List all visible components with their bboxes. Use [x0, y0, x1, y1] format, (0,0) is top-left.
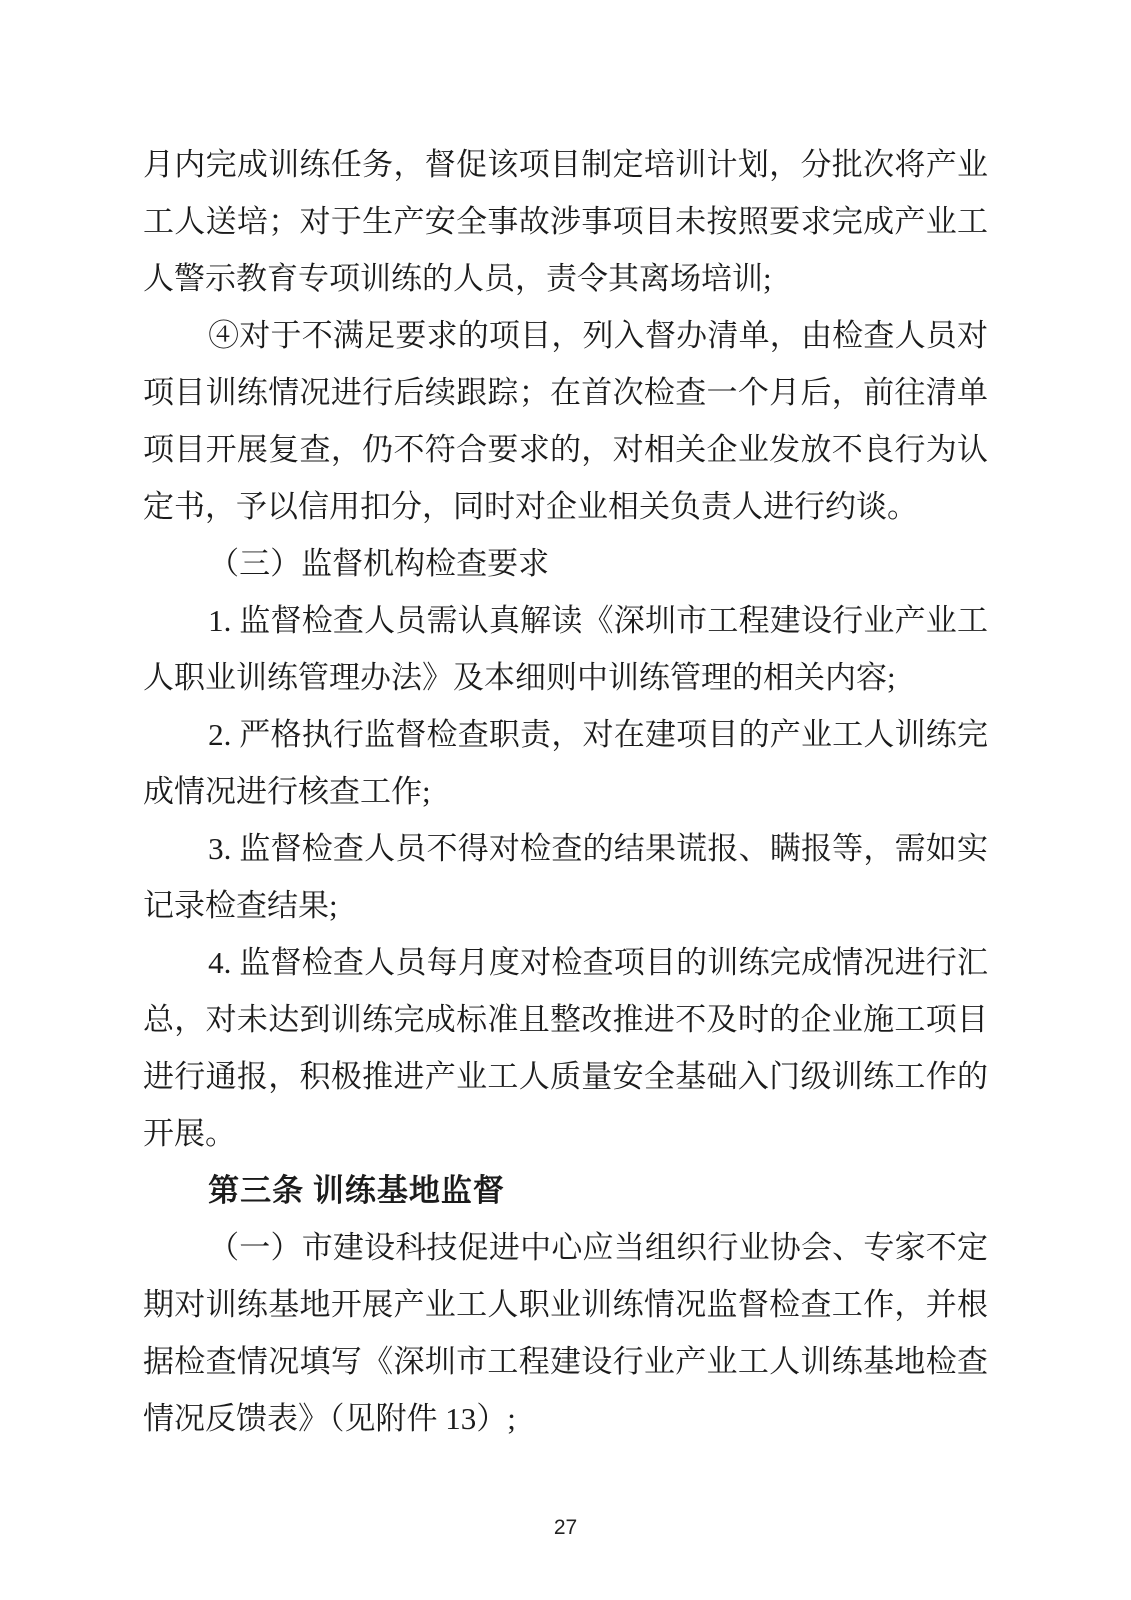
text-line: 据检查情况填写《深圳市工程建设行业产业工人训练基地检查 — [143, 1333, 988, 1390]
text-line: 工人送培；对于生产安全事故涉事项目未按照要求完成产业工 — [143, 193, 988, 250]
text-line: ④对于不满足要求的项目，列入督办清单，由检查人员对 — [143, 307, 988, 364]
text-line: 2. 严格执行监督检查职责，对在建项目的产业工人训练完 — [143, 706, 988, 763]
text-line: 1. 监督检查人员需认真解读《深圳市工程建设行业产业工 — [143, 592, 988, 649]
text-line: 项目开展复查，仍不符合要求的，对相关企业发放不良行为认 — [143, 421, 988, 478]
text-line: 记录检查结果; — [143, 877, 988, 934]
section-heading: 第三条 训练基地监督 — [143, 1162, 988, 1219]
page-number: 27 — [0, 1516, 1131, 1540]
text-line: 成情况进行核查工作; — [143, 763, 988, 820]
text-line: 4. 监督检查人员每月度对检查项目的训练完成情况进行汇 — [143, 934, 988, 991]
text-line: 人警示教育专项训练的人员，责令其离场培训; — [143, 250, 988, 307]
text-line: （一）市建设科技促进中心应当组织行业协会、专家不定 — [143, 1219, 988, 1276]
text-line: 期对训练基地开展产业工人职业训练情况监督检查工作，并根 — [143, 1276, 988, 1333]
text-line: （三）监督机构检查要求 — [143, 535, 988, 592]
document-page: 月内完成训练任务，督促该项目制定培训计划，分批次将产业工人送培；对于生产安全事故… — [0, 0, 1131, 1600]
text-line: 3. 监督检查人员不得对检查的结果谎报、瞒报等，需如实 — [143, 820, 988, 877]
text-line: 进行通报，积极推进产业工人质量安全基础入门级训练工作的 — [143, 1048, 988, 1105]
text-line: 开展。 — [143, 1105, 988, 1162]
text-line: 项目训练情况进行后续跟踪；在首次检查一个月后，前往清单 — [143, 364, 988, 421]
text-line: 总，对未达到训练完成标准且整改推进不及时的企业施工项目 — [143, 991, 988, 1048]
document-body: 月内完成训练任务，督促该项目制定培训计划，分批次将产业工人送培；对于生产安全事故… — [143, 136, 988, 1447]
text-line: 人职业训练管理办法》及本细则中训练管理的相关内容; — [143, 649, 988, 706]
text-line: 情况反馈表》（见附件 13）; — [143, 1390, 988, 1447]
text-line: 月内完成训练任务，督促该项目制定培训计划，分批次将产业 — [143, 136, 988, 193]
text-line: 定书，予以信用扣分，同时对企业相关负责人进行约谈。 — [143, 478, 988, 535]
